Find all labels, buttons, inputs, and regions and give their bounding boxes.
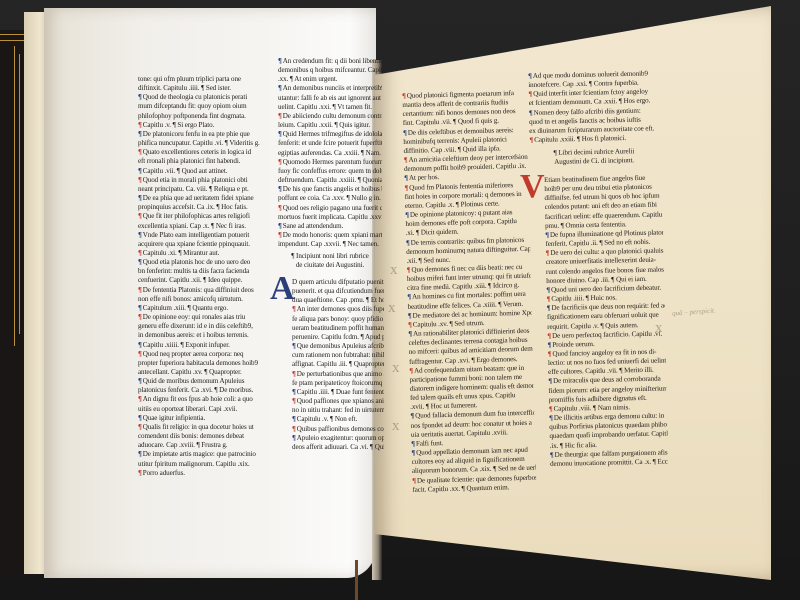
- incipit-heading: ¶ Incipiunt noni libri rubrice de ciuita…: [278, 252, 382, 270]
- pilcrow-icon: ¶: [546, 286, 550, 294]
- line-text: phifica nuncupatur. Capitlu .vi. ¶ Vider…: [138, 139, 260, 147]
- text-line: utitur fpiritum malignorum. Capitlu .xix…: [138, 460, 266, 469]
- line-text: in demonibus aereis: et i hoibus terreni…: [138, 331, 249, 339]
- pilcrow-icon: ¶: [138, 258, 142, 266]
- pilcrow-icon: ¶: [546, 295, 550, 303]
- line-text: demonibus q hoibus mifceantur. Capitlu: [278, 66, 382, 74]
- pilcrow-icon: ¶: [138, 469, 142, 477]
- left-page-column-1: tone: qui ofm pluum triplici parta onedi…: [138, 75, 266, 478]
- text-line: ¶De ea phia que ad ueritatem fidei xpian…: [138, 194, 266, 203]
- pilcrow-icon: ¶: [138, 414, 142, 422]
- pilcrow-icon: ¶: [411, 449, 415, 457]
- text-line: bn fenferint: multis ta diis facra facie…: [138, 267, 266, 276]
- line-text: De fententia Platonis: qua diffiniuit de…: [143, 286, 254, 294]
- text-line: fe ptam peripateticoy ftoicorumq fentent…: [292, 379, 384, 388]
- line-text: nos fpondet ad deum: hoc conatur ut hoie…: [411, 418, 532, 429]
- pilcrow-icon: ¶: [138, 212, 142, 220]
- line-text: propter fuperiora habitacula demones hoi…: [138, 359, 258, 367]
- line-text: uelint. Capitlu .xxi. ¶ Vt tamen fit.: [278, 103, 372, 111]
- line-text: .xx. ¶ At enim urgent.: [278, 75, 337, 83]
- margin-cross-mark: x: [392, 360, 400, 377]
- line-text: De impietate artis magice: que patrocini…: [143, 450, 256, 458]
- pilcrow-icon: ¶: [408, 321, 412, 329]
- margin-cross-mark: x: [655, 320, 663, 337]
- text-line: ueram beatitudinem poffit humana anima: [292, 324, 384, 333]
- text-line: ¶Quod de theologia cu platonicis perati: [138, 93, 266, 102]
- pilcrow-icon: ¶: [138, 148, 142, 156]
- right-page-column-2-top: ¶Ad que modu dominus uoluerit demonib9in…: [528, 69, 658, 145]
- line-text: Proinde uerum.: [552, 340, 595, 349]
- pilcrow-icon: ¶: [278, 204, 282, 212]
- line-text: Quod etia in morali phia platonici obti: [143, 176, 248, 184]
- pilcrow-icon: ¶: [404, 174, 408, 182]
- pilcrow-icon: ¶: [292, 415, 296, 423]
- text-line: excellentia xpiani. Cap .x. ¶ Nec fi ira…: [138, 222, 266, 231]
- text-line: neant principatu. Ca. viii. ¶ Reliqua e …: [138, 185, 266, 194]
- pilcrow-icon: ¶: [138, 121, 142, 129]
- line-text: comendent diis bonis: demones debeat: [138, 432, 244, 440]
- pilcrow-icon: ¶: [138, 313, 142, 321]
- text-line: diftinxit. Capitulu .iiii. ¶ Sed ister.: [138, 84, 266, 93]
- line-text: fe ptam peripateticoy ftoicorumq fentent…: [292, 379, 384, 387]
- pilcrow-icon: ¶: [138, 130, 142, 138]
- line-text: demonu inuocatione promittit. Ca .x. ¶ E…: [550, 457, 668, 467]
- line-text: requirit. Capitlu .v. ¶ Quis autem.: [547, 321, 638, 331]
- text-line: peruenire. Capitlu fcdm. ¶ Apud plerofq.: [292, 333, 384, 342]
- pilcrow-icon: ¶: [548, 350, 552, 358]
- line-text: facit. Capitlu .xx. ¶ Quantum enim.: [412, 483, 509, 494]
- line-text: bn fenferint: multis ta diis facra facie…: [138, 267, 249, 275]
- pilcrow-icon: ¶: [548, 377, 552, 385]
- text-line: ¶Quod neq propter aerea corpora: neq: [138, 350, 266, 359]
- text-line: tone: qui ofm pluum triplici parta one: [138, 75, 266, 84]
- left-page-column-2-bottom: D quem articulu difputatio puenitpueneri…: [292, 278, 384, 452]
- pilcrow-icon: ¶: [546, 249, 550, 257]
- pilcrow-icon: ¶: [138, 304, 142, 312]
- line-text: D quem articulu difputatio puenit: [292, 278, 384, 286]
- pilcrow-icon: ¶: [404, 183, 408, 191]
- text-line: ¶Apuleio exagitentur: quorum ope hoies a…: [292, 434, 384, 443]
- text-line: demonibus q hoibus mifceantur. Capitlu: [278, 66, 382, 75]
- pilcrow-icon: ¶: [138, 231, 142, 239]
- pilcrow-icon: ¶: [547, 332, 551, 340]
- pilcrow-icon: ¶: [408, 330, 412, 338]
- text-line: ¶Capitulum .xiii. ¶ Quantu ergo.: [138, 304, 266, 313]
- text-line: ¶De fententia Platonis: qua diffiniuit d…: [138, 286, 266, 295]
- text-line: phifica nuncupatur. Capitlu .vi. ¶ Vider…: [138, 139, 266, 148]
- line-text: Capitlu .iiii. ¶ Duae funt fententie.: [297, 388, 384, 396]
- text-line: fenferit: et unde fcire potuerit fuperft…: [278, 139, 382, 148]
- line-text: diftinxit. Capitulu .iiii. ¶ Sed ister.: [138, 84, 231, 92]
- line-text: poffunt ee coia. Ca .xxv. ¶ Nullo g in.: [278, 194, 381, 202]
- text-line: antecellant. Capitlu .xv. ¶ Quapropter.: [138, 368, 266, 377]
- pilcrow-icon: ¶: [278, 222, 282, 230]
- incipit-line-2: de ciuitate dei Augustini.: [278, 261, 382, 270]
- line-text: Vnde Plato eam intelligentiam potuerit: [143, 231, 250, 239]
- pilcrow-icon: ¶: [292, 305, 296, 313]
- line-text: uitiis eu oporteat liberari. Capi .xvii.: [138, 405, 237, 413]
- line-text: De platonicoru fenfu in ea pte phie que: [143, 130, 250, 138]
- line-text: Quae igitur infipientia.: [143, 414, 205, 422]
- line-text: Qualis fit religio: in qua docetur hoies…: [143, 423, 254, 431]
- line-text: At per hos.: [409, 173, 439, 182]
- illuminated-initial-V: V: [520, 170, 545, 204]
- line-text: Que fit iter philofophicas artes religio…: [143, 212, 250, 220]
- line-text: Capitulum .xiii. ¶ Quantu ergo.: [143, 304, 228, 312]
- line-text: .ix. ¶ Hic fic alia.: [550, 440, 597, 449]
- text-line: propter fuperiora habitacula demones hoi…: [138, 359, 266, 368]
- text-line: cenfuerint. Capitlu .xii. ¶ Ideo quippe.: [138, 276, 266, 285]
- text-line: acquirere qua xpiane fcientie ppinquauit…: [138, 240, 266, 249]
- line-text: utitur fpiritum malignorum. Capitlu .xix…: [138, 460, 250, 468]
- line-text: peruenire. Capitlu fcdm. ¶ Apud plerofq.: [292, 333, 384, 341]
- line-text: fe aliqua pars bonoy: quoy pfidio ad: [292, 315, 384, 323]
- line-text: Quibus paffionibus demones confitente: [297, 425, 384, 433]
- pilcrow-icon: ¶: [278, 158, 282, 166]
- line-text: Capitlu .xiiii. ¶ Exponit infuper.: [143, 341, 230, 349]
- line-text: aduocare. Cap .xviii. ¶ Frustra g.: [138, 441, 227, 449]
- ribbon-bookmark: [355, 560, 358, 600]
- text-line: egiptias auferendas. Ca .xxiii. ¶ Nam.: [278, 149, 382, 158]
- text-line: deftruendum. Capitlu .xxiiii. ¶ Quoniam.: [278, 176, 382, 185]
- line-text: .xvii. ¶ Hoc ut fumerent.: [410, 401, 477, 411]
- line-text: Sane ad attendendum.: [283, 222, 343, 230]
- text-line: ¶Capitlu .vii. ¶ Quod aut attinet.: [138, 167, 266, 176]
- text-line: non effe nifi bonos: amicofq uirtutum.: [138, 295, 266, 304]
- text-line: dua quaeftione. Cap .pmu. ¶ Et honos.: [292, 296, 384, 305]
- text-line: ¶Capitlu .iiii. ¶ Duae funt fententie.: [292, 388, 384, 397]
- line-text: Capitulu .xxiii. ¶ Hos fi platonici.: [534, 134, 626, 144]
- pilcrow-icon: ¶: [550, 451, 554, 459]
- pilcrow-icon: ¶: [138, 194, 142, 202]
- line-text: propinquius accefsit. Ca .ix. ¶ Hoc fati…: [138, 203, 248, 211]
- line-text: quaedam quafi improbando uerfatur. Capit…: [549, 430, 667, 440]
- text-line: ¶Que demonibus Apuleius afcribat: quo: [292, 342, 384, 351]
- text-line: ¶Qualis fit religio: in qua docetur hoie…: [138, 423, 266, 432]
- line-text: generu effe dixerunt: id e in diis celef…: [138, 322, 253, 330]
- text-line: ¶Quato excellentiores ceteris in logica …: [138, 148, 266, 157]
- line-text: fed talem quails eft unus xpus. Capitlu: [410, 391, 516, 402]
- line-text: Capitulu .viii. ¶ Nam nimis.: [554, 403, 630, 413]
- text-line: ¶Quibus paffionibus demones confitente: [292, 425, 384, 434]
- line-text: cum rationem non fubtrahat: nihil uirtut…: [292, 351, 384, 359]
- line-text: affignat. Capitlu .iii. ¶ Quapropter.: [292, 360, 384, 368]
- line-text: fuoy fic confeffus errore: quem tn dolui…: [278, 167, 382, 175]
- pilcrow-icon: ¶: [549, 405, 553, 413]
- pilcrow-icon: ¶: [138, 167, 142, 175]
- pilcrow-icon: ¶: [292, 370, 296, 378]
- pilcrow-icon: ¶: [138, 377, 142, 385]
- text-line: ¶Quod etia in morali phia platonici obti: [138, 176, 266, 185]
- line-text: Quod oes religio pagano una fuerit circa: [283, 204, 382, 212]
- text-line: impendunt. Cap .xxvii. ¶ Nec tamen.: [278, 240, 382, 249]
- line-text: Quod neq propter aerea corpora: neq: [143, 350, 244, 358]
- text-line: ¶Quae igitur infipientia.: [138, 414, 266, 423]
- line-text: neant principatu. Ca. viii. ¶ Reliqua e …: [138, 185, 249, 193]
- text-line: in demonibus aereis: et i hoibus terreni…: [138, 331, 266, 340]
- pilcrow-icon: ¶: [292, 434, 296, 442]
- line-text: fint hoies in corpore mortali: q demones…: [405, 190, 522, 201]
- pilcrow-icon: ¶: [529, 109, 533, 117]
- line-text: mum difceptandu fit: quoy opiom oium: [138, 102, 247, 110]
- line-text: eft rronali phia platonici fint habendi.: [138, 157, 240, 165]
- text-line: eft rronali phia platonici fint habendi.: [138, 157, 266, 166]
- line-text: Quid de moribus demonum Apuleius: [143, 377, 245, 385]
- line-text: Apuleio exagitentur: quorum ope hoies ap…: [297, 434, 384, 442]
- text-line: ¶Capitulu .v. ¶ Non eft.: [292, 415, 384, 424]
- line-text: ex diuinarum fcripturarum auctoritate co…: [529, 124, 654, 135]
- text-line: puenerit. et qua difcutiendum fuerit de …: [292, 287, 384, 296]
- gilt-line: [14, 46, 15, 346]
- right-page-column-1: ¶Quod platonici figmenta poetarum infama…: [402, 89, 537, 495]
- pilcrow-icon: ¶: [278, 185, 282, 193]
- line-text: platonicus fenferit. Ca .xvi. ¶ De morib…: [138, 386, 253, 394]
- text-line: deos afferit adiuuari. Ca .vi. ¶ Quintam…: [292, 443, 384, 452]
- text-line: propinquius accefsit. Ca .ix. ¶ Hoc fati…: [138, 203, 266, 212]
- line-text: Quomodo Hermes parentum fuorum: [283, 158, 382, 166]
- line-text: fenferit: et unde fcire potuerit fuperft…: [278, 139, 382, 147]
- line-text: excellentia xpiani. Cap .x. ¶ Nec fi ira…: [138, 222, 246, 230]
- text-line: ¶Capitlu .v. ¶ Si ergo Plato.: [138, 121, 266, 130]
- gilt-line: [0, 40, 24, 41]
- line-text: antecellant. Capitlu .xv. ¶ Quapropter.: [138, 368, 242, 376]
- line-text: De uero perfectoq facrificio. Capitlu .v…: [552, 329, 662, 339]
- text-line: ¶De his que fanctis angelis et hoibus bo…: [278, 185, 382, 194]
- pilcrow-icon: ¶: [528, 90, 532, 98]
- gilt-line: [19, 54, 20, 334]
- line-text: pmu. ¶ Omnia certa fententia.: [545, 220, 627, 230]
- pilcrow-icon: ¶: [529, 136, 533, 144]
- text-line: ¶Quod oes religio pagano una fuerit circ…: [278, 204, 382, 213]
- text-line: mortuos fuerit implicata. Capitlu .xxvi.: [278, 213, 382, 222]
- text-line: ¶De opinione eoy: qui ronales aias triu: [138, 313, 266, 322]
- pilcrow-icon: ¶: [404, 156, 408, 164]
- text-line: ¶De platonicoru fenfu in ea pte phie que: [138, 130, 266, 139]
- pilcrow-icon: ¶: [408, 312, 412, 320]
- line-text: Falfi funt.: [416, 439, 443, 448]
- line-text: acquirere qua xpiane fcientie ppinquauit…: [138, 240, 250, 248]
- line-text: fignificationem earu obferuari uoluit qu…: [547, 311, 659, 321]
- line-text: Capitlu .iiii. ¶ Huic nos.: [551, 294, 617, 303]
- illuminated-initial-A: A: [270, 272, 295, 306]
- text-line: aduocare. Cap .xviii. ¶ Frustra g.: [138, 441, 266, 450]
- line-text: De mediatore dei ac hominum: homine Xpo …: [412, 308, 531, 319]
- line-text: An inter demones quos diis fuperiores bo: [297, 305, 384, 313]
- text-line: ¶Quod paffiones que xpianos animos affic…: [292, 397, 384, 406]
- pilcrow-icon: ¶: [549, 414, 553, 422]
- text-line: .xx. ¶ At enim urgent.: [278, 75, 382, 84]
- pilcrow-icon: ¶: [547, 304, 551, 312]
- line-text: Capitlu .vii. ¶ Quod aut attinet.: [143, 167, 228, 175]
- text-line: ¶Porro aduerfus.: [138, 469, 266, 478]
- line-text: Capitulu .xv. ¶ Sed utrum.: [413, 319, 485, 329]
- line-text: promiffis fuis adhibere dignatus eft.: [549, 394, 647, 404]
- pilcrow-icon: ¶: [138, 176, 142, 184]
- text-line: ¶Capitulu .xi. ¶ Mirantur aut.: [138, 249, 266, 258]
- line-text: De abiiciendo cultu demonum contra Apu: [283, 112, 382, 120]
- right-page-column-2-bottom: Etiam beatitudinem fiue angelos fiuehoib…: [544, 174, 668, 469]
- line-text: Quod uni uero deo facrificium debeatur.: [551, 283, 661, 293]
- line-text: Capitulu .xi. ¶ Mirantur aut.: [143, 249, 220, 257]
- line-text: De opinione eoy: qui ronales aias triu: [143, 313, 246, 321]
- text-line: ¶Quomodo Hermes parentum fuorum: [278, 158, 382, 167]
- text-line: ¶Vnde Plato eam intelligentiam potuerit: [138, 231, 266, 240]
- line-text: An demonibus nunciis et interpretib9 dii: [283, 84, 382, 92]
- pilcrow-icon: ¶: [278, 84, 282, 92]
- pilcrow-icon: ¶: [278, 57, 282, 65]
- line-text: Quod de theologia cu platonicis perati: [143, 93, 247, 101]
- line-text: facrificari uelint: effe quaerendum. Cap…: [545, 210, 663, 220]
- line-text: De qualitate fcientie: que demones fuper…: [417, 473, 536, 484]
- pilcrow-icon: ¶: [138, 286, 142, 294]
- text-line: utantur: falli fe ab eis aut ignorent au…: [278, 94, 382, 103]
- text-line: ¶De abiiciendo cultu demonum contra Apu: [278, 112, 382, 121]
- line-text: non effe nifi bonos: amicofq uirtutum.: [138, 295, 243, 303]
- pilcrow-icon: ¶: [407, 293, 411, 301]
- line-text: Capitulu .v. ¶ Non eft.: [297, 415, 358, 423]
- text-line: cum rationem non fubtrahat: nihil uirtut…: [292, 351, 384, 360]
- pilcrow-icon: ¶: [412, 476, 416, 484]
- pilcrow-icon: ¶: [138, 350, 142, 358]
- line-text: cenfuerint. Capitlu .xii. ¶ Ideo quippe.: [138, 276, 242, 284]
- pilcrow-icon: ¶: [278, 231, 282, 239]
- text-line: ¶De modo honoris: quem xpiani martyribus: [278, 231, 382, 240]
- margin-cross-mark: x: [388, 300, 396, 317]
- line-text: An dignu fit eos fpus ab hoie coli: a qu…: [143, 395, 253, 403]
- pilcrow-icon: ¶: [138, 450, 142, 458]
- text-line: no in uitiu trahant: fed in uirtutem exe…: [292, 406, 384, 415]
- text-line: affignat. Capitlu .iii. ¶ Quapropter.: [292, 360, 384, 369]
- gilt-line: [0, 34, 24, 35]
- pilcrow-icon: ¶: [403, 129, 407, 137]
- text-line: uitiis eu oporteat liberari. Capi .xvii.: [138, 405, 266, 414]
- line-text: impendunt. Cap .xxvii. ¶ Nec tamen.: [278, 240, 379, 248]
- text-line: ¶Quid de moribus demonum Apuleius: [138, 377, 266, 386]
- line-text: no in uitiu trahant: fed in uirtutem exe…: [292, 406, 384, 414]
- line-text: Porro aduerfus.: [143, 469, 185, 477]
- text-line: generu effe dixerunt: id e in diis celef…: [138, 322, 266, 331]
- text-line: philofophoy poftponenda fint dogmata.: [138, 112, 266, 121]
- line-text: deftruendum. Capitlu .xxiiii. ¶ Quoniam.: [278, 176, 382, 184]
- pilcrow-icon: ¶: [411, 440, 415, 448]
- line-text: .xii. ¶ Sed nunc.: [406, 256, 450, 265]
- line-text: dua quaeftione. Cap .pmu. ¶ Et honos.: [292, 296, 384, 304]
- text-line: ¶Sane ad attendendum.: [278, 222, 382, 231]
- line-text: tone: qui ofm pluum triplici parta one: [138, 75, 241, 83]
- text-line: D quem articulu difputatio puenit: [292, 278, 384, 287]
- line-text: De perturbationibus que animo accidunt f…: [297, 370, 384, 378]
- line-text: philofophoy poftponenda fint dogmata.: [138, 112, 246, 120]
- line-text: leium. Capitlu .xxii. ¶ Quis igitur.: [278, 121, 370, 129]
- pilcrow-icon: ¶: [138, 249, 142, 257]
- incipit-line-1: ¶ Incipiunt noni libri rubrice: [278, 252, 382, 261]
- line-text: utantur: falli fe ab eis aut ignorent au…: [278, 94, 381, 102]
- pilcrow-icon: ¶: [292, 342, 296, 350]
- line-text: Quid Hermes trifmegiftus de idololatria: [283, 130, 382, 138]
- line-text: egiptias auferendas. Ca .xxiii. ¶ Nam.: [278, 149, 381, 157]
- text-line: platonicus fenferit. Ca .xvi. ¶ De morib…: [138, 386, 266, 395]
- line-text: puenerit. et qua difcutiendum fuerit de …: [292, 287, 384, 295]
- pilcrow-icon: ¶: [138, 395, 142, 403]
- left-page-column-2-top: ¶An credendum fit: q dii boni libentiusd…: [278, 57, 382, 249]
- text-line: ¶Capitlu .xiiii. ¶ Exponit infuper.: [138, 341, 266, 350]
- text-line: comendent diis bonis: demones debeat: [138, 432, 266, 441]
- text-line: ¶Quid Hermes trifmegiftus de idololatria: [278, 130, 382, 139]
- pilcrow-icon: ¶: [406, 238, 410, 246]
- line-text: Que demonibus Apuleius afcribat: quo: [297, 342, 384, 350]
- text-line: mum difceptandu fit: quoy opiom oium: [138, 102, 266, 111]
- pilcrow-icon: ¶: [138, 93, 142, 101]
- text-line: ¶An demonibus nunciis et interpretib9 di…: [278, 84, 382, 93]
- line-text: mortuos fuerit implicata. Capitlu .xxvi.: [278, 213, 382, 221]
- pilcrow-icon: ¶: [528, 72, 532, 80]
- line-text: .xi. ¶ Dicit quidem.: [406, 228, 459, 237]
- pilcrow-icon: ¶: [278, 130, 282, 138]
- line-text: ueram beatitudinem poffit humana anima: [292, 324, 384, 332]
- text-line: ¶Que fit iter philofophicas artes religi…: [138, 212, 266, 221]
- text-line: ¶An credendum fit: q dii boni libentius: [278, 57, 382, 66]
- pilcrow-icon: ¶: [292, 388, 296, 396]
- text-line: ¶De perturbationibus que animo accidunt …: [292, 370, 384, 379]
- pilcrow-icon: ¶: [409, 366, 413, 374]
- line-text: Quato excellentiores ceteris in logica i…: [143, 148, 251, 156]
- line-text: Quod paffiones que xpianos animos affici…: [297, 397, 384, 405]
- text-line: poffunt ee coia. Ca .xxv. ¶ Nullo g in.: [278, 194, 382, 203]
- line-text: De his que fanctis angelis et hoibus bon…: [283, 185, 382, 193]
- pilcrow-icon: ¶: [545, 231, 549, 239]
- line-text: De modo honoris: quem xpiani martyribus: [283, 231, 382, 239]
- margin-cross-mark: x: [390, 262, 398, 279]
- text-line: fuoy fic confeffus errore: quem tn dolui…: [278, 167, 382, 176]
- pilcrow-icon: ¶: [138, 341, 142, 349]
- pilcrow-icon: ¶: [547, 341, 551, 349]
- text-line: ¶Quod etia platonis hoc de uno uero deo: [138, 258, 266, 267]
- text-line: leium. Capitlu .xxii. ¶ Quis igitur.: [278, 121, 382, 130]
- pilcrow-icon: ¶: [407, 266, 411, 274]
- pilcrow-icon: ¶: [292, 425, 296, 433]
- text-line: ¶An inter demones quos diis fuperiores b…: [292, 305, 384, 314]
- liber-heading: ¶ Libri decimi rubrice Aurelii Augustini…: [530, 147, 658, 168]
- line-text: De ea phia que ad ueritatem fidei xpiane: [143, 194, 254, 202]
- line-text: Capitlu .v. ¶ Si ergo Plato.: [143, 121, 215, 129]
- pilcrow-icon: ¶: [402, 92, 406, 100]
- text-line: ¶An dignu fit eos fpus ab hoie coli: a q…: [138, 395, 266, 404]
- margin-cross-mark: x: [392, 418, 400, 435]
- line-text: fidem piorum: etia per angeloy minifteri…: [548, 384, 666, 394]
- pilcrow-icon: ¶: [278, 112, 282, 120]
- line-text: An credendum fit: q dii boni libentius: [283, 57, 382, 65]
- pilcrow-icon: ¶: [292, 397, 296, 405]
- pilcrow-icon: ¶: [138, 423, 142, 431]
- pilcrow-icon: ¶: [410, 412, 414, 420]
- text-line: fe aliqua pars bonoy: quoy pfidio ad: [292, 315, 384, 324]
- line-text: deos afferit adiuuari. Ca .vi. ¶ Quintam…: [292, 443, 384, 451]
- text-line: ¶De impietate artis magice: que patrocin…: [138, 450, 266, 459]
- text-line: uelint. Capitlu .xxi. ¶ Vt tamen fit.: [278, 103, 382, 112]
- line-text: Quod etia platonis hoc de uno uero deo: [143, 258, 251, 266]
- line-text: uia ueritatis auertat. Capitulu .xviii.: [411, 428, 508, 439]
- pilcrow-icon: ¶: [405, 211, 409, 219]
